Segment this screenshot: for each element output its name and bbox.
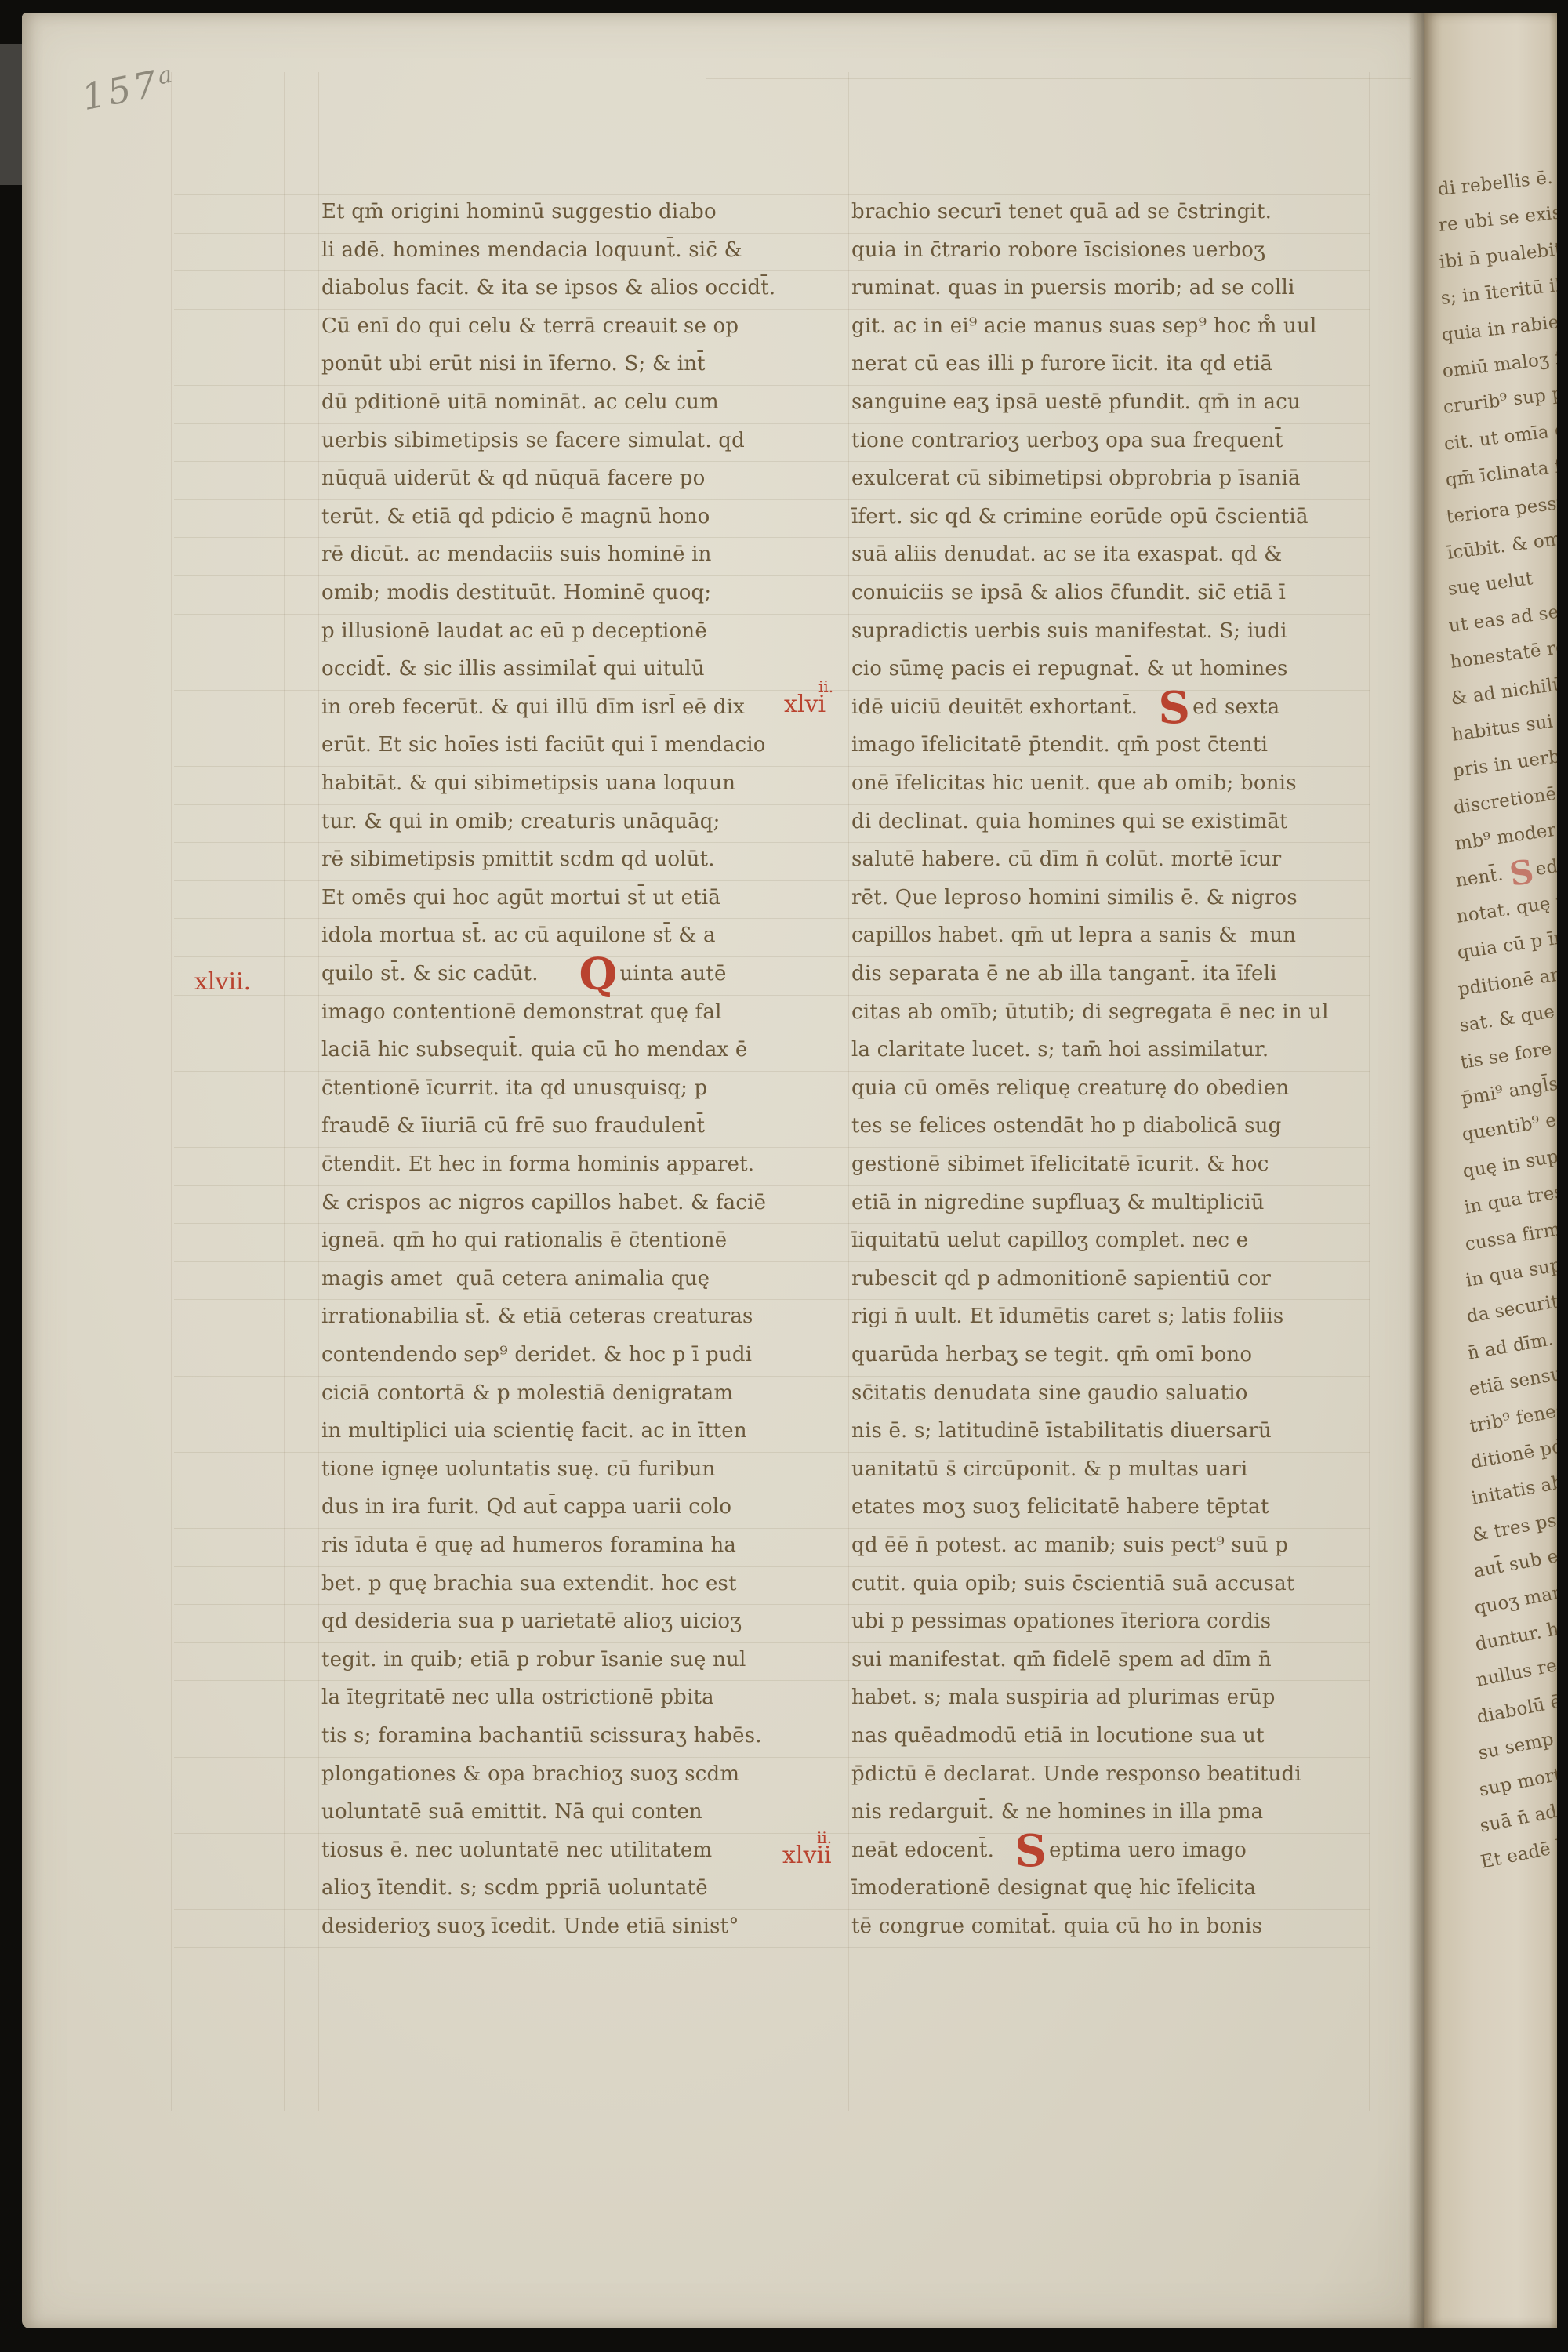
text-line: ris īduta ē quę ad humeros foramina ha — [321, 1526, 736, 1564]
text-line: habet. s; mala suspiria ad plurimas erūp — [851, 1679, 1276, 1716]
text-line: nas quēadmodū etiā in locutione sua ut — [851, 1717, 1265, 1755]
text-line: & crispos ac nigros capillos habet. & fa… — [321, 1184, 766, 1221]
text-line: irrationabilia st̄. & etiā ceteras creat… — [321, 1298, 753, 1335]
text-line: uanitatū s̄ circūponit. & p multas uari — [851, 1450, 1247, 1488]
text-line: capillos habet. qm̄ ut lepra a sanis & m… — [851, 916, 1296, 954]
text-line: cio sūmę pacis ei repugnat̄. & ut homine… — [851, 650, 1288, 688]
text-line: nis redarguit̄. & ne homines in illa pma — [851, 1793, 1263, 1831]
text-line: habitāt. & qui sibimetipsis uana loquun — [321, 764, 735, 802]
text-line: tes se felices ostendāt ho p diabolicā s… — [851, 1107, 1281, 1145]
text-line: nerat cū eas illi p furore īicit. ita qd… — [851, 345, 1272, 383]
text-line: tegit. in quib; etiā p robur īsanie suę … — [321, 1641, 746, 1679]
chapter-marker-left-margin: xlvii. — [194, 971, 251, 994]
text-line: alioʒ ītendit. s; scdm ppriā uoluntatē — [321, 1869, 708, 1907]
text-line: neāt edocent̄. Septima uero imago — [851, 1831, 1247, 1869]
text-line: igneā. qm̄ ho qui rationalis ē c̄tention… — [321, 1221, 727, 1259]
text-line: fraudē & īiuriā cū frē suo fraudulent̄ — [321, 1107, 705, 1145]
text-line: tē congrue comitat̄. quia cū ho in bonis — [851, 1907, 1262, 1945]
text-line: sanguine eaʒ ipsā uestē pfundit. qm̄ in … — [851, 383, 1301, 421]
text-line: uoluntatē suā emittit. Nā qui conten — [321, 1793, 702, 1831]
text-line: Et qm̄ origini hominū suggestio diabo — [321, 193, 717, 230]
text-line: tione ignęe uoluntatis suę. cū furibun — [321, 1450, 716, 1488]
text-line: quarūda herbaʒ se tegit. qm̄ omī bono — [851, 1336, 1252, 1374]
text-line: plongationes & opa brachioʒ suoʒ scdm — [321, 1755, 739, 1793]
text-line: conuiciis se ipsā & alios c̄fundit. sic̄… — [851, 574, 1286, 612]
ruling-line — [706, 78, 1411, 79]
text-line: sc̄itatis denudata sine gaudio saluatio — [851, 1374, 1248, 1412]
text-line: etiā in nigredine supfluaʒ & multipliciū — [851, 1184, 1265, 1221]
text-line: suā aliis denudat. ac se ita exaspat. qd… — [851, 535, 1283, 573]
text-line: desiderioʒ suoʒ īcedit. Unde etiā sinist… — [321, 1907, 739, 1945]
text-line: nūquā uiderūt & qd nūquā facere po — [321, 459, 705, 497]
text-line: terūt. & etiā qd pdicio ē magnū hono — [321, 498, 710, 535]
text-line: ubi p pessimas opationes īteriora cordis — [851, 1602, 1271, 1640]
text-line: tur. & qui in omib; creaturis unāquāq; — [321, 803, 720, 840]
text-line: rubescit qd p admonitionē sapientiū cor — [851, 1260, 1271, 1298]
text-line: tis s; foramina bachantiū scissuraʒ habē… — [321, 1717, 762, 1755]
text-line: suę uelut — [1446, 564, 1535, 606]
text-line: onē īfelicitas hic uenit. que ab omib; b… — [851, 764, 1297, 802]
text-line: imago īfelicitatē p̄tendit. qm̄ post c̄t… — [851, 726, 1268, 764]
text-line: di declinat. quia homines qui se existim… — [851, 803, 1288, 840]
rubric-initial: S — [1507, 851, 1536, 893]
text-line: rēt. Que leproso homini similis ē. & nig… — [851, 879, 1298, 916]
text-line: magis amet quā cetera animalia quę — [321, 1260, 710, 1298]
text-line: qd ēē n̄ potest. ac manib; suis pect⁹ su… — [851, 1526, 1288, 1564]
text-line: bet. p quę brachia sua extendit. hoc est — [321, 1565, 737, 1602]
text-line: omib; modis destituūt. Hominē quoq; — [321, 574, 711, 612]
text-line: idola mortua st̄. ac cū aquilone st̄ & a — [321, 916, 716, 954]
text-line: uerbis sibimetipsis se facere simulat. q… — [321, 422, 745, 459]
text-line: exulcerat cū sibimetipsi obprobria p īsa… — [851, 459, 1301, 497]
text-line: tione contrarioʒ uerboʒ opa sua frequent… — [851, 422, 1283, 459]
text-line: di rebellis ē. stat — [1436, 158, 1557, 205]
text-line: imago contentionē demonstrat quę fal — [321, 993, 722, 1031]
text-line: quilo st̄. & sic cadūt. Quinta autē — [321, 955, 727, 993]
text-line: occidt̄. & sic illis assimilat̄ qui uitu… — [321, 650, 705, 688]
text-line: tiosus ē. nec uoluntatē nec utilitatem — [321, 1831, 712, 1869]
text-line: ponūt ubi erūt nisi in īferno. S; & int̄ — [321, 345, 706, 383]
text-line: rē sibimetipsis pmittit scdm qd uolūt. — [321, 840, 715, 878]
ruling-line — [171, 72, 172, 2111]
ruling-line — [284, 72, 285, 2111]
text-line: dus in ira furit. Qd aut̄ cappa uarii co… — [321, 1488, 731, 1526]
text-line: c̄tendit. Et hec in forma hominis appare… — [321, 1145, 754, 1183]
text-line: idē uiciū deuitēt exhortant̄. Sed sexta — [851, 688, 1279, 726]
text-line: ciciā contortā & p molestiā denigratam — [321, 1374, 733, 1412]
text-line: diabolus facit. & ita se ipsos & alios o… — [321, 269, 775, 307]
text-line: quia cū omēs reliquę creaturę do obedien — [851, 1069, 1289, 1107]
text-line: p̄dictū ē declarat. Unde responso beatit… — [851, 1755, 1301, 1793]
text-line: li adē. homines mendacia loquunt̄. sic̄ … — [321, 231, 742, 269]
text-line: in multiplici uia scientię facit. ac in … — [321, 1412, 747, 1450]
text-line: la claritate lucet. s; tam̄ hoi assimila… — [851, 1031, 1269, 1069]
text-line: īiquitatū uelut capilloʒ complet. nec e — [851, 1221, 1248, 1259]
text-line: rē dicūt. ac mendaciis suis hominē in — [321, 535, 712, 573]
text-line: nis ē. s; latitudinē īstabilitatis diuer… — [851, 1412, 1272, 1450]
text-line: cutit. quia opib; suis c̄scientiā suā ac… — [851, 1565, 1295, 1602]
text-line: erūt. Et sic hoīes isti faciūt qui ī men… — [321, 726, 766, 764]
text-line: rigi n̄ uult. Et īdumētis caret s; latis… — [851, 1298, 1283, 1335]
ruling-line — [318, 72, 319, 2111]
text-line: etates moʒ suoʒ felicitatē habere tēptat — [851, 1488, 1269, 1526]
text-line: git. ac in ei⁹ acie manus suas sep⁹ hoc … — [851, 307, 1316, 345]
text-line: supradictis uerbis suis manifestat. S; i… — [851, 612, 1287, 650]
text-column-middle: brachio securī tenet quā ad se c̄stringi… — [851, 193, 1375, 1953]
text-line: Cū enī do qui celu & terrā creauit se op — [321, 307, 739, 345]
text-column-next-page-edge: di rebellis ē. statre ubi se existimibi … — [1428, 13, 1557, 2328]
text-line: Et omēs qui hoc agūt mortui st̄ ut etiā — [321, 879, 720, 916]
text-line: qd desideria sua p uarietatē alioʒ uicio… — [321, 1602, 742, 1640]
text-line: īfert. sic qd & crimine eorūde opū c̄sci… — [851, 498, 1308, 535]
manuscript-photo: 157a xlvii. ii. xlvi ii. xlvii Et qm̄ or… — [0, 0, 1568, 2352]
text-line: in oreb fecerūt. & qui illū dīm isrl̄ eē… — [321, 688, 745, 726]
text-column-left: Et qm̄ origini hominū suggestio diaboli … — [321, 193, 829, 1953]
text-line: brachio securī tenet quā ad se c̄stringi… — [851, 193, 1272, 230]
text-line: īmoderationē designat quę hic īfelicita — [851, 1869, 1256, 1907]
text-line: dū pditionē uitā nomināt. ac celu cum — [321, 383, 719, 421]
text-line: c̄tentionē īcurrit. ita qd unusquisq; p — [321, 1069, 707, 1107]
text-line: quia in c̄trario robore īscisiones uerbo… — [851, 231, 1265, 269]
text-line: sui manifestat. qm̄ fidelē spem ad dīm n… — [851, 1641, 1272, 1679]
text-line: contendendo sep⁹ deridet. & hoc p ī pudi — [321, 1336, 752, 1374]
ruling-line — [848, 72, 849, 2111]
text-line: dis separata ē ne ab illa tangant̄. ita … — [851, 955, 1277, 993]
text-line: p illusionē laudat ac eū p deceptionē — [321, 612, 707, 650]
text-line: ruminat. quas in puersis morib; ad se co… — [851, 269, 1295, 307]
text-line: salutē habere. cū dīm n̄ colūt. mortē īc… — [851, 840, 1281, 878]
text-line: citas ab omīb; ūtutib; di segregata ē ne… — [851, 993, 1329, 1031]
text-line: la ītegritatē nec ulla ostrictionē pbita — [321, 1679, 714, 1716]
text-line: laciā hic subsequit̄. quia cū ho mendax … — [321, 1031, 747, 1069]
text-line: gestionē sibimet īfelicitatē īcurit. & h… — [851, 1145, 1269, 1183]
